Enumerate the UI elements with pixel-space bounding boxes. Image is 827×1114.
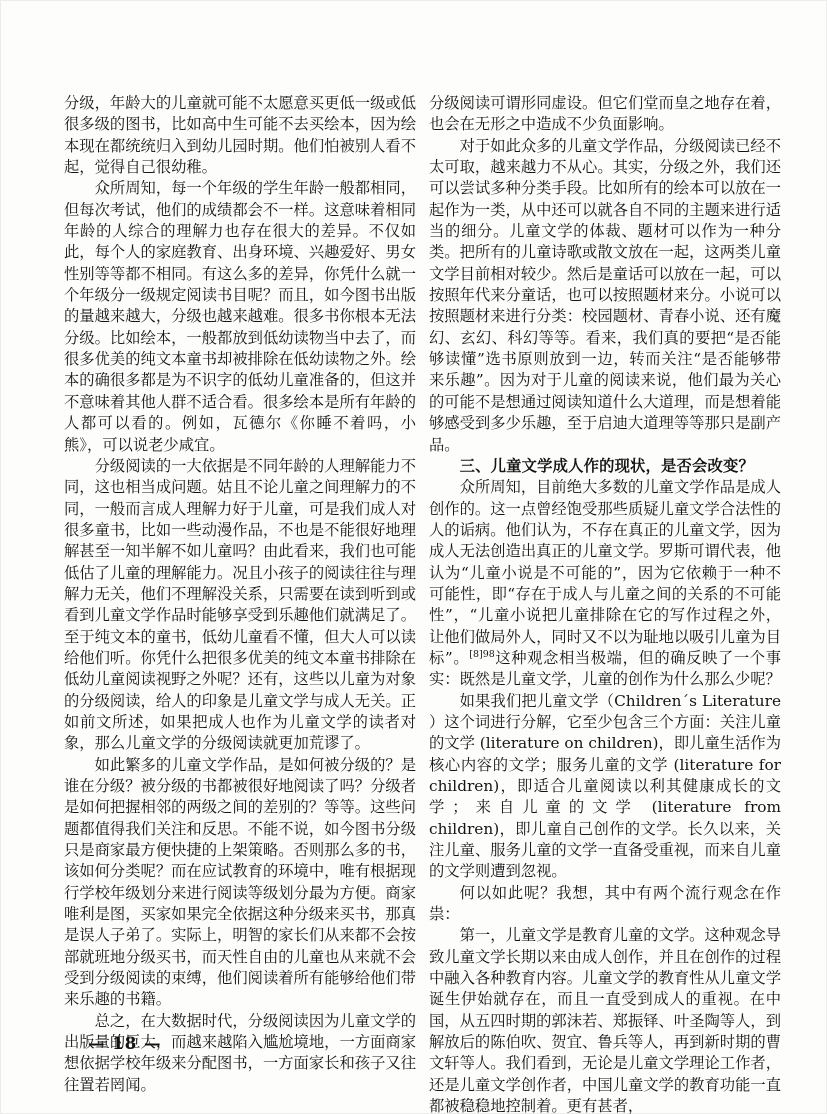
paragraph: 分级，年龄大的儿童就可能不太愿意买更低一级或低很多级的图书，比如高中生可能不去买… <box>64 93 416 178</box>
page-number: — 18 — <box>88 1034 161 1053</box>
paragraph-text: 众所周知，目前绝大多数的儿童文学作品是成人创作的。这一点曾经饱受那些质疑儿童文学… <box>429 478 781 667</box>
paragraph: 对于如此众多的儿童文学作品，分级阅读已经不太可取，越来越力不从心。其实，分级之外… <box>429 136 781 456</box>
paragraph: 分级阅读可谓形同虚设。但它们堂而皇之地存在着，也会在无形之中造成不少负面影响。 <box>429 93 781 136</box>
paragraph: 如此繁多的儿童文学作品，是如何被分级的？是谁在分级？被分级的书都被很好地阅读了吗… <box>64 755 416 1011</box>
right-column: 分级阅读可谓形同虚设。但它们堂而皇之地存在着，也会在无形之中造成不少负面影响。 … <box>429 93 781 1114</box>
paragraph: 分级阅读的一大依据是不同年龄的人理解能力不同，这也相当成问题。姑且不论儿童之间理… <box>64 456 416 755</box>
paragraph: 何以如此呢？我想，其中有两个流行观念在作祟： <box>429 883 781 926</box>
citation-superscript: [8]98 <box>469 649 495 660</box>
paragraph: 总之，在大数据时代，分级阅读因为儿童文学的出版量的巨大，而越来越陷入尴尬境地，一… <box>64 1011 416 1096</box>
paragraph: 第一，儿童文学是教育儿童的文学。这种观念导致儿童文学长期以来由成人创作，并且在创… <box>429 925 781 1114</box>
paragraph: 如果我们把儿童文学（Children´s Literature ）这个词进行分解… <box>429 691 781 883</box>
section-heading: 三、儿童文学成人作的现状，是否会改变？ <box>429 456 781 477</box>
two-column-text-area: 分级，年龄大的儿童就可能不太愿意买更低一级或低很多级的图书，比如高中生可能不去买… <box>64 93 781 1114</box>
document-page: 分级，年龄大的儿童就可能不太愿意买更低一级或低很多级的图书，比如高中生可能不去买… <box>0 0 827 1114</box>
paragraph: 众所周知，每一个年级的学生年龄一般都相同，但每次考试，他们的成绩都会不一样。这意… <box>64 178 416 455</box>
paragraph-with-citation: 众所周知，目前绝大多数的儿童文学作品是成人创作的。这一点曾经饱受那些质疑儿童文学… <box>429 477 781 690</box>
left-column: 分级，年龄大的儿童就可能不太愿意买更低一级或低很多级的图书，比如高中生可能不去买… <box>64 93 416 1114</box>
